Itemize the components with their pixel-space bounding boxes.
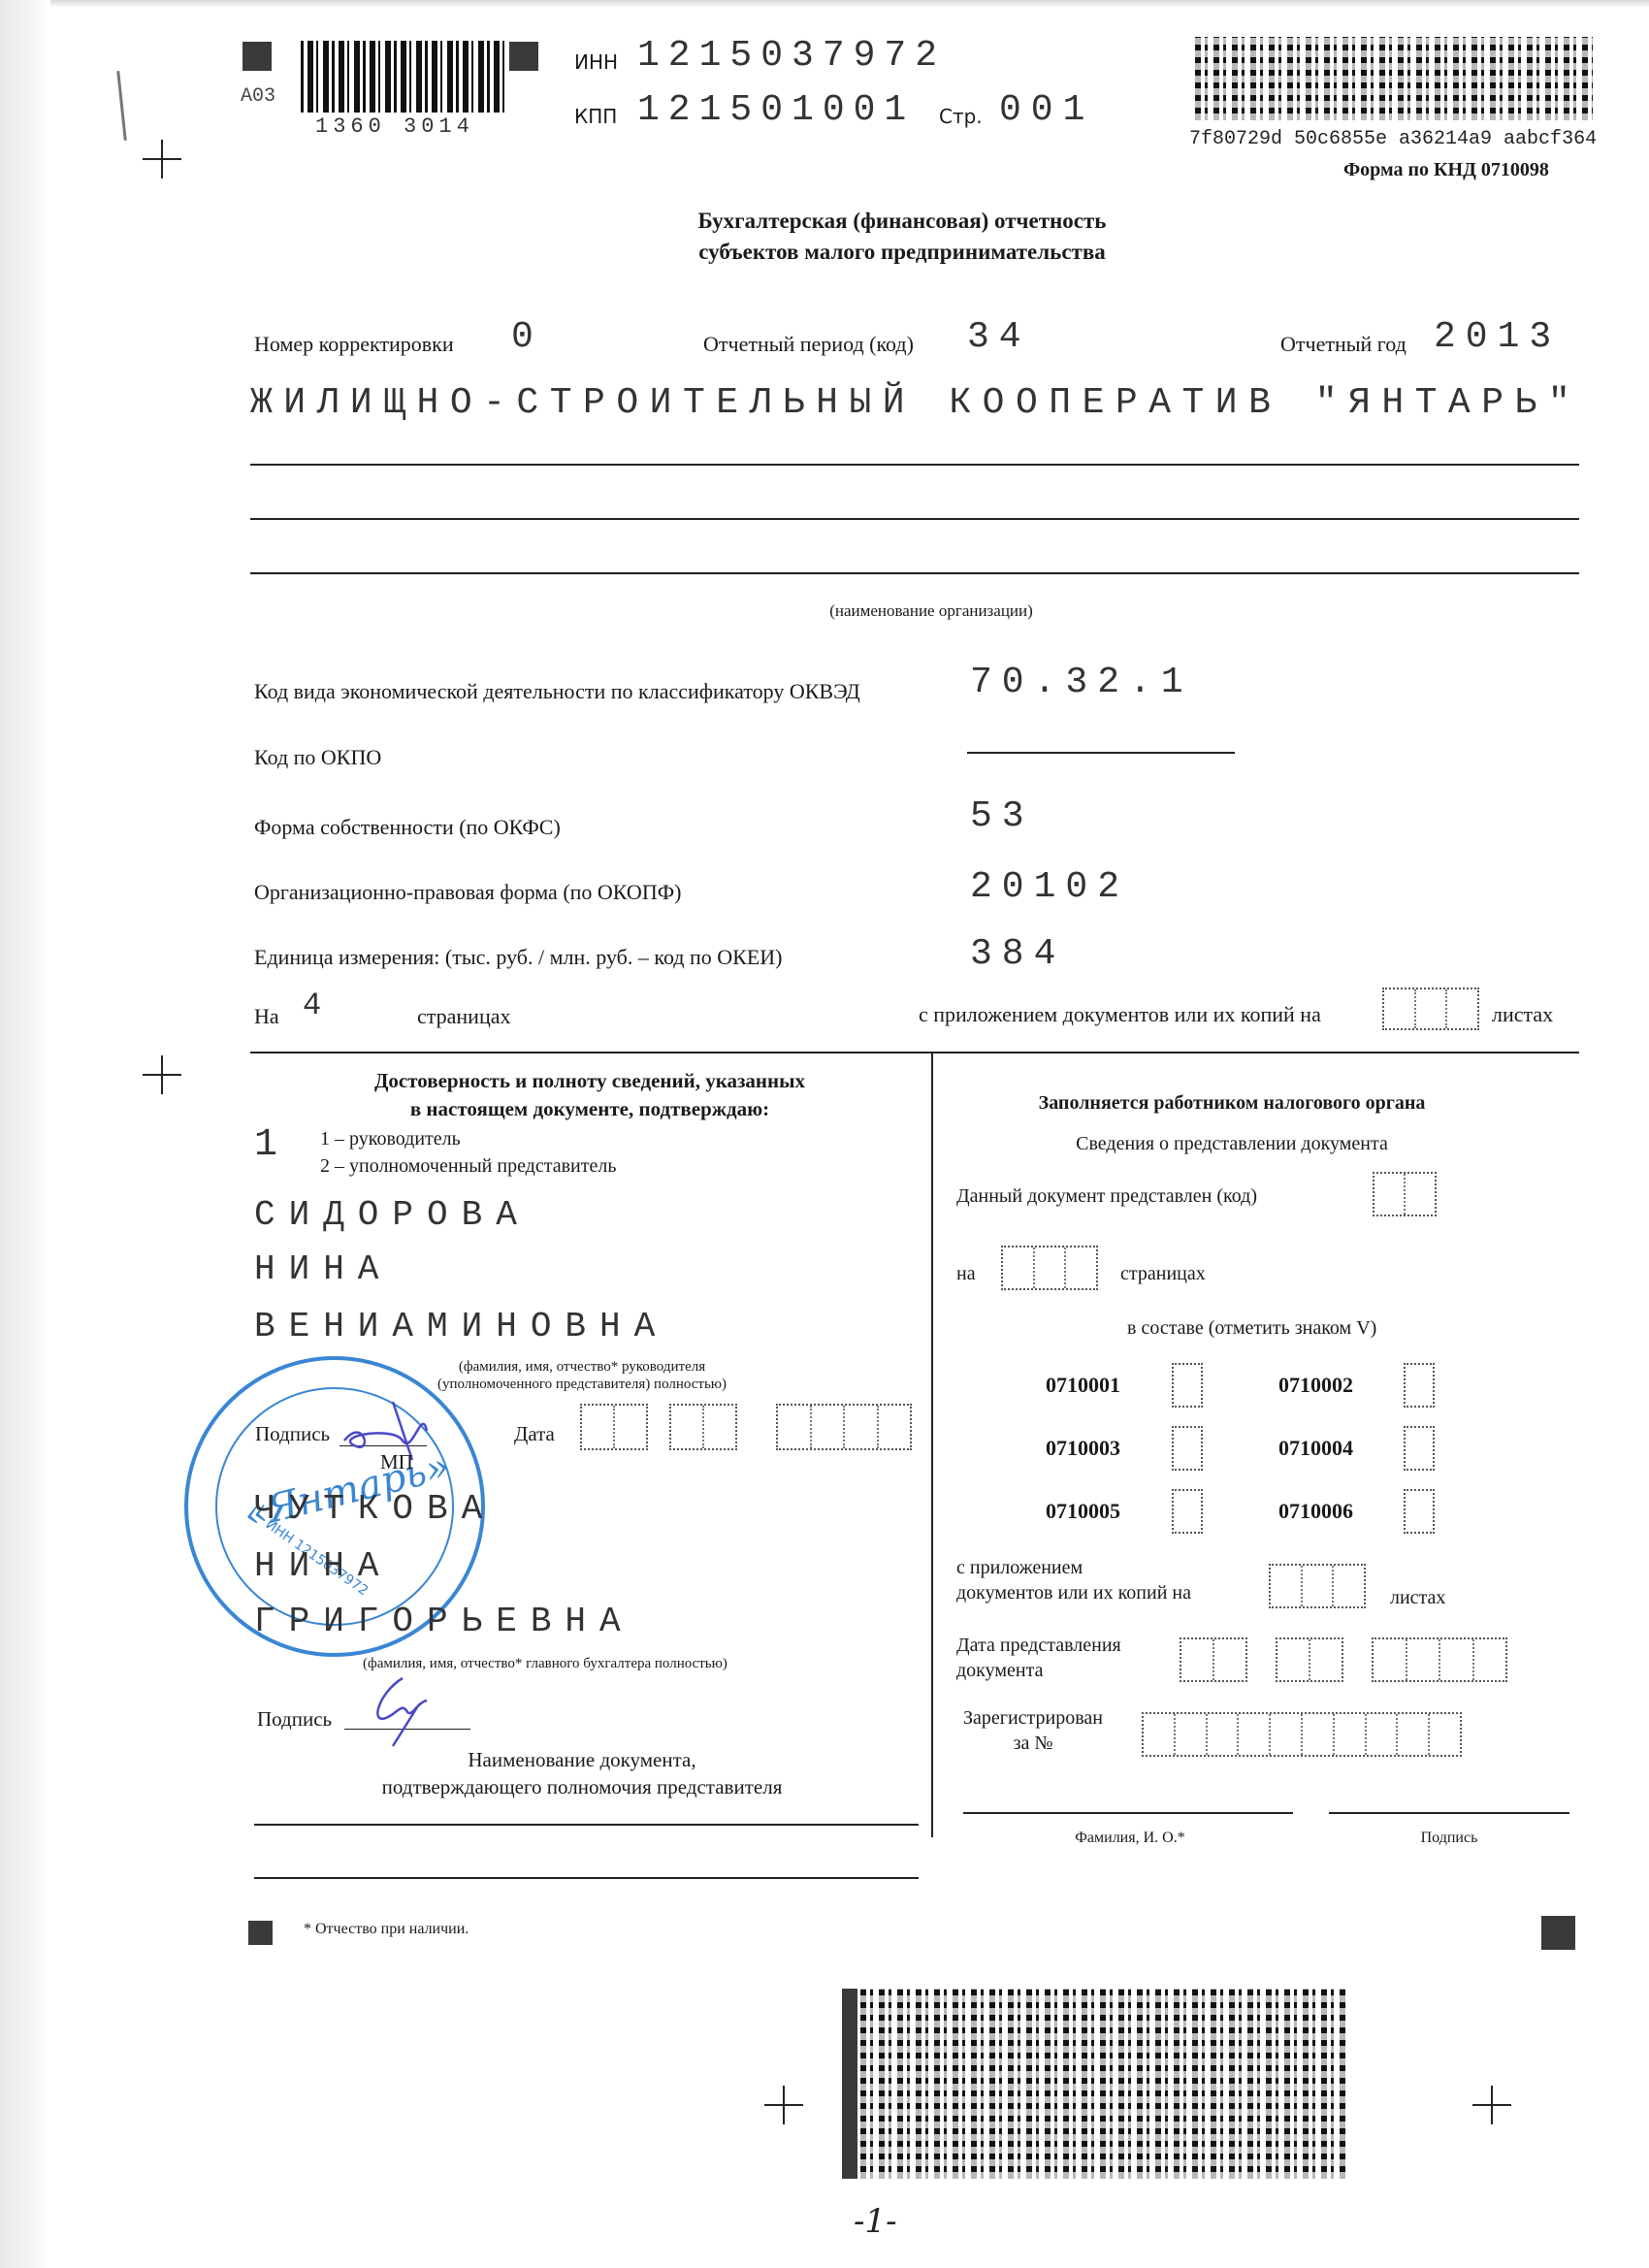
- form-code-0710001: 0710001: [1046, 1373, 1120, 1398]
- tax-attach-label: с приложением документов или их копий на: [956, 1555, 1191, 1605]
- page-label: Стр.: [939, 105, 983, 128]
- document-name-caption: Наименование документа, подтверждающего …: [320, 1746, 844, 1800]
- accountant-last-name: ЧУТКОВА: [254, 1489, 496, 1529]
- submitted-code-input[interactable]: [1373, 1172, 1437, 1216]
- inn-value: 1215037972: [637, 35, 946, 77]
- signer-type-value: 1: [254, 1123, 277, 1167]
- form-code-0710002: 0710002: [1278, 1373, 1353, 1398]
- corner-marker-icon: [1541, 1916, 1575, 1950]
- signature-label: Подпись: [255, 1422, 330, 1446]
- signer-option-2: 2 – уполномоченный представитель: [320, 1155, 616, 1178]
- document-name-line-1: [254, 1824, 919, 1826]
- okfs-label: Форма собственности (по ОКФС): [254, 815, 561, 840]
- tax-pages-input[interactable]: [1001, 1246, 1098, 1290]
- hash-code: 7f80729d 50c6855e a36214a9 aabcf364: [1189, 128, 1597, 150]
- mp-label: МП: [380, 1450, 413, 1474]
- form-check-0710004[interactable]: [1404, 1426, 1435, 1471]
- date-year-input[interactable]: [776, 1404, 912, 1450]
- okopf-label: Организационно-правовая форма (по ОКОПФ): [254, 880, 681, 905]
- submission-day-input[interactable]: [1180, 1637, 1247, 1682]
- kpp-value: 121501001: [637, 89, 915, 131]
- year-value: 2013: [1434, 316, 1561, 358]
- tax-attach-suffix: листах: [1390, 1587, 1445, 1609]
- title-line-2: субъектов малого предпринимательства: [485, 237, 1319, 268]
- okved-value: 70.32.1: [970, 662, 1193, 703]
- on-label: на: [956, 1263, 976, 1285]
- inspector-name-line: [963, 1812, 1293, 1814]
- period-label: Отчетный период (код): [703, 332, 914, 357]
- pages-prefix: На: [254, 1004, 279, 1029]
- corner-code: A03: [241, 85, 275, 108]
- confirm-heading: Достоверность и полноту сведений, указан…: [250, 1067, 929, 1123]
- pages-suffix: страницах: [417, 1004, 511, 1029]
- registration-cross-icon: [764, 2086, 803, 2124]
- accountant-first-name: НИНА: [254, 1546, 392, 1586]
- okei-label: Единица измерения: (тыс. руб. / млн. руб…: [254, 945, 783, 970]
- head-caption: (фамилия, имя, отчество* руководителя (у…: [407, 1358, 757, 1393]
- page-value: 001: [999, 89, 1094, 131]
- submission-date-label: Дата представления документа: [956, 1633, 1121, 1683]
- correction-value: 0: [511, 316, 533, 358]
- corner-marker-icon: [242, 42, 272, 71]
- submission-year-input[interactable]: [1372, 1637, 1507, 1682]
- year-label: Отчетный год: [1280, 332, 1406, 357]
- registration-cross-icon: [1472, 2086, 1511, 2124]
- confirm-heading-2: в настоящем документе, подтверждаю:: [250, 1095, 929, 1123]
- inspector-signature-line: [1329, 1812, 1569, 1814]
- form-check-0710001[interactable]: [1172, 1363, 1203, 1408]
- submission-month-input[interactable]: [1276, 1637, 1343, 1682]
- registered-label-2: за №: [951, 1731, 1115, 1756]
- head-last-name: СИДОРОВА: [254, 1195, 531, 1235]
- date-month-input[interactable]: [669, 1404, 737, 1450]
- signer-option-1: 1 – руководитель: [320, 1128, 461, 1150]
- scan-top-edge: [50, 0, 1649, 8]
- head-caption-1: (фамилия, имя, отчество* руководителя: [407, 1358, 757, 1376]
- signature2-label: Подпись: [257, 1707, 332, 1732]
- section-divider: [250, 1052, 1579, 1053]
- barcode-number: 1360 3014: [315, 114, 474, 139]
- registered-label: Зарегистрирован за №: [951, 1705, 1115, 1756]
- tax-pages-label: страницах: [1120, 1263, 1206, 1285]
- okpo-line: [967, 752, 1235, 754]
- inspector-name-caption: Фамилия, И. О.*: [970, 1830, 1290, 1847]
- corner-marker-icon: [509, 42, 538, 71]
- doc-name-1: Наименование документа,: [320, 1746, 844, 1773]
- inn-label: ИНН: [574, 50, 618, 74]
- corner-marker-icon: [248, 1921, 273, 1945]
- date-label: Дата: [514, 1422, 555, 1446]
- form-check-0710002[interactable]: [1404, 1363, 1435, 1408]
- org-line-3: [250, 572, 1579, 574]
- accountant-signature-icon: [359, 1673, 446, 1751]
- okpo-label: Код по ОКПО: [254, 745, 381, 770]
- period-value: 34: [967, 316, 1031, 358]
- okved-label: Код вида экономической деятельности по к…: [254, 679, 860, 704]
- page-number: -1-: [854, 2202, 897, 2241]
- tax-office-heading: Заполняется работником налогового органа: [941, 1092, 1523, 1115]
- organization-name: ЖИЛИЩНО-СТРОИТЕЛЬНЫЙ КООПЕРАТИВ "ЯНТАРЬ": [250, 382, 1581, 424]
- doc-name-2: подтверждающего полномочия представителя: [320, 1773, 844, 1800]
- column-divider: [931, 1052, 933, 1837]
- composition-label: в составе (отметить знаком V): [1127, 1317, 1376, 1340]
- title-line-1: Бухгалтерская (финансовая) отчетность: [485, 206, 1319, 237]
- accountant-caption: (фамилия, имя, отчество* главного бухгал…: [363, 1656, 727, 1672]
- kpp-label: КПП: [574, 105, 617, 128]
- registration-cross-icon: [143, 1055, 181, 1094]
- pages-count: 4: [303, 988, 321, 1023]
- org-caption: (наименование организации): [679, 601, 1183, 621]
- form-code-0710004: 0710004: [1278, 1436, 1353, 1461]
- bottom-2d-barcode-icon: [842, 1989, 1346, 2179]
- org-line-1: [250, 464, 1579, 466]
- attach-sheets-input[interactable]: [1382, 988, 1479, 1030]
- okei-value: 384: [970, 933, 1065, 975]
- org-line-2: [250, 518, 1579, 520]
- submission-date-label-2: документа: [956, 1658, 1121, 1683]
- confirm-heading-1: Достоверность и полноту сведений, указан…: [250, 1067, 929, 1095]
- pencil-mark: [116, 71, 127, 141]
- form-knd: Форма по КНД 0710098: [1343, 159, 1549, 181]
- 2d-barcode-icon: [1195, 37, 1593, 120]
- attach-label: с приложением документов или их копий на: [919, 1002, 1321, 1027]
- form-check-0710003[interactable]: [1172, 1426, 1203, 1471]
- accountant-middle-name: ГРИГОРЬЕВНА: [254, 1602, 634, 1641]
- document-name-line-2: [254, 1877, 919, 1879]
- footnote: * Отчество при наличии.: [304, 1921, 469, 1938]
- submitted-label: Данный документ представлен (код): [956, 1185, 1257, 1208]
- head-first-name: НИНА: [254, 1249, 392, 1289]
- scan-edge: [0, 0, 50, 2268]
- form-check-0710005[interactable]: [1172, 1489, 1203, 1534]
- form-code-0710006: 0710006: [1278, 1499, 1353, 1524]
- submission-date-label-1: Дата представления: [956, 1633, 1121, 1658]
- form-code-0710003: 0710003: [1046, 1436, 1120, 1461]
- head-caption-2: (уполномоченного представителя) полность…: [407, 1376, 757, 1393]
- form-code-0710005: 0710005: [1046, 1499, 1120, 1524]
- tax-office-subheading: Сведения о представлении документа: [941, 1133, 1523, 1155]
- tax-attach-line-2: документов или их копий на: [956, 1580, 1191, 1605]
- date-day-input[interactable]: [580, 1404, 648, 1450]
- form-check-0710006[interactable]: [1404, 1489, 1435, 1534]
- head-middle-name: ВЕНИАМИНОВНА: [254, 1307, 668, 1346]
- barcode-icon: [301, 41, 504, 113]
- registered-label-1: Зарегистрирован: [951, 1705, 1115, 1731]
- registration-number-input[interactable]: [1142, 1712, 1462, 1757]
- correction-label: Номер корректировки: [254, 332, 454, 357]
- inspector-signature-caption: Подпись: [1329, 1830, 1569, 1847]
- barcode-left-guard: [842, 1989, 857, 2179]
- tax-attach-line-1: с приложением: [956, 1555, 1191, 1580]
- attach-suffix: листах: [1492, 1002, 1553, 1027]
- page-title: Бухгалтерская (финансовая) отчетность су…: [485, 206, 1319, 268]
- tax-attach-sheets-input[interactable]: [1269, 1564, 1366, 1608]
- registration-cross-icon: [143, 140, 181, 178]
- okfs-value: 53: [970, 795, 1034, 837]
- okopf-value: 20102: [970, 866, 1129, 908]
